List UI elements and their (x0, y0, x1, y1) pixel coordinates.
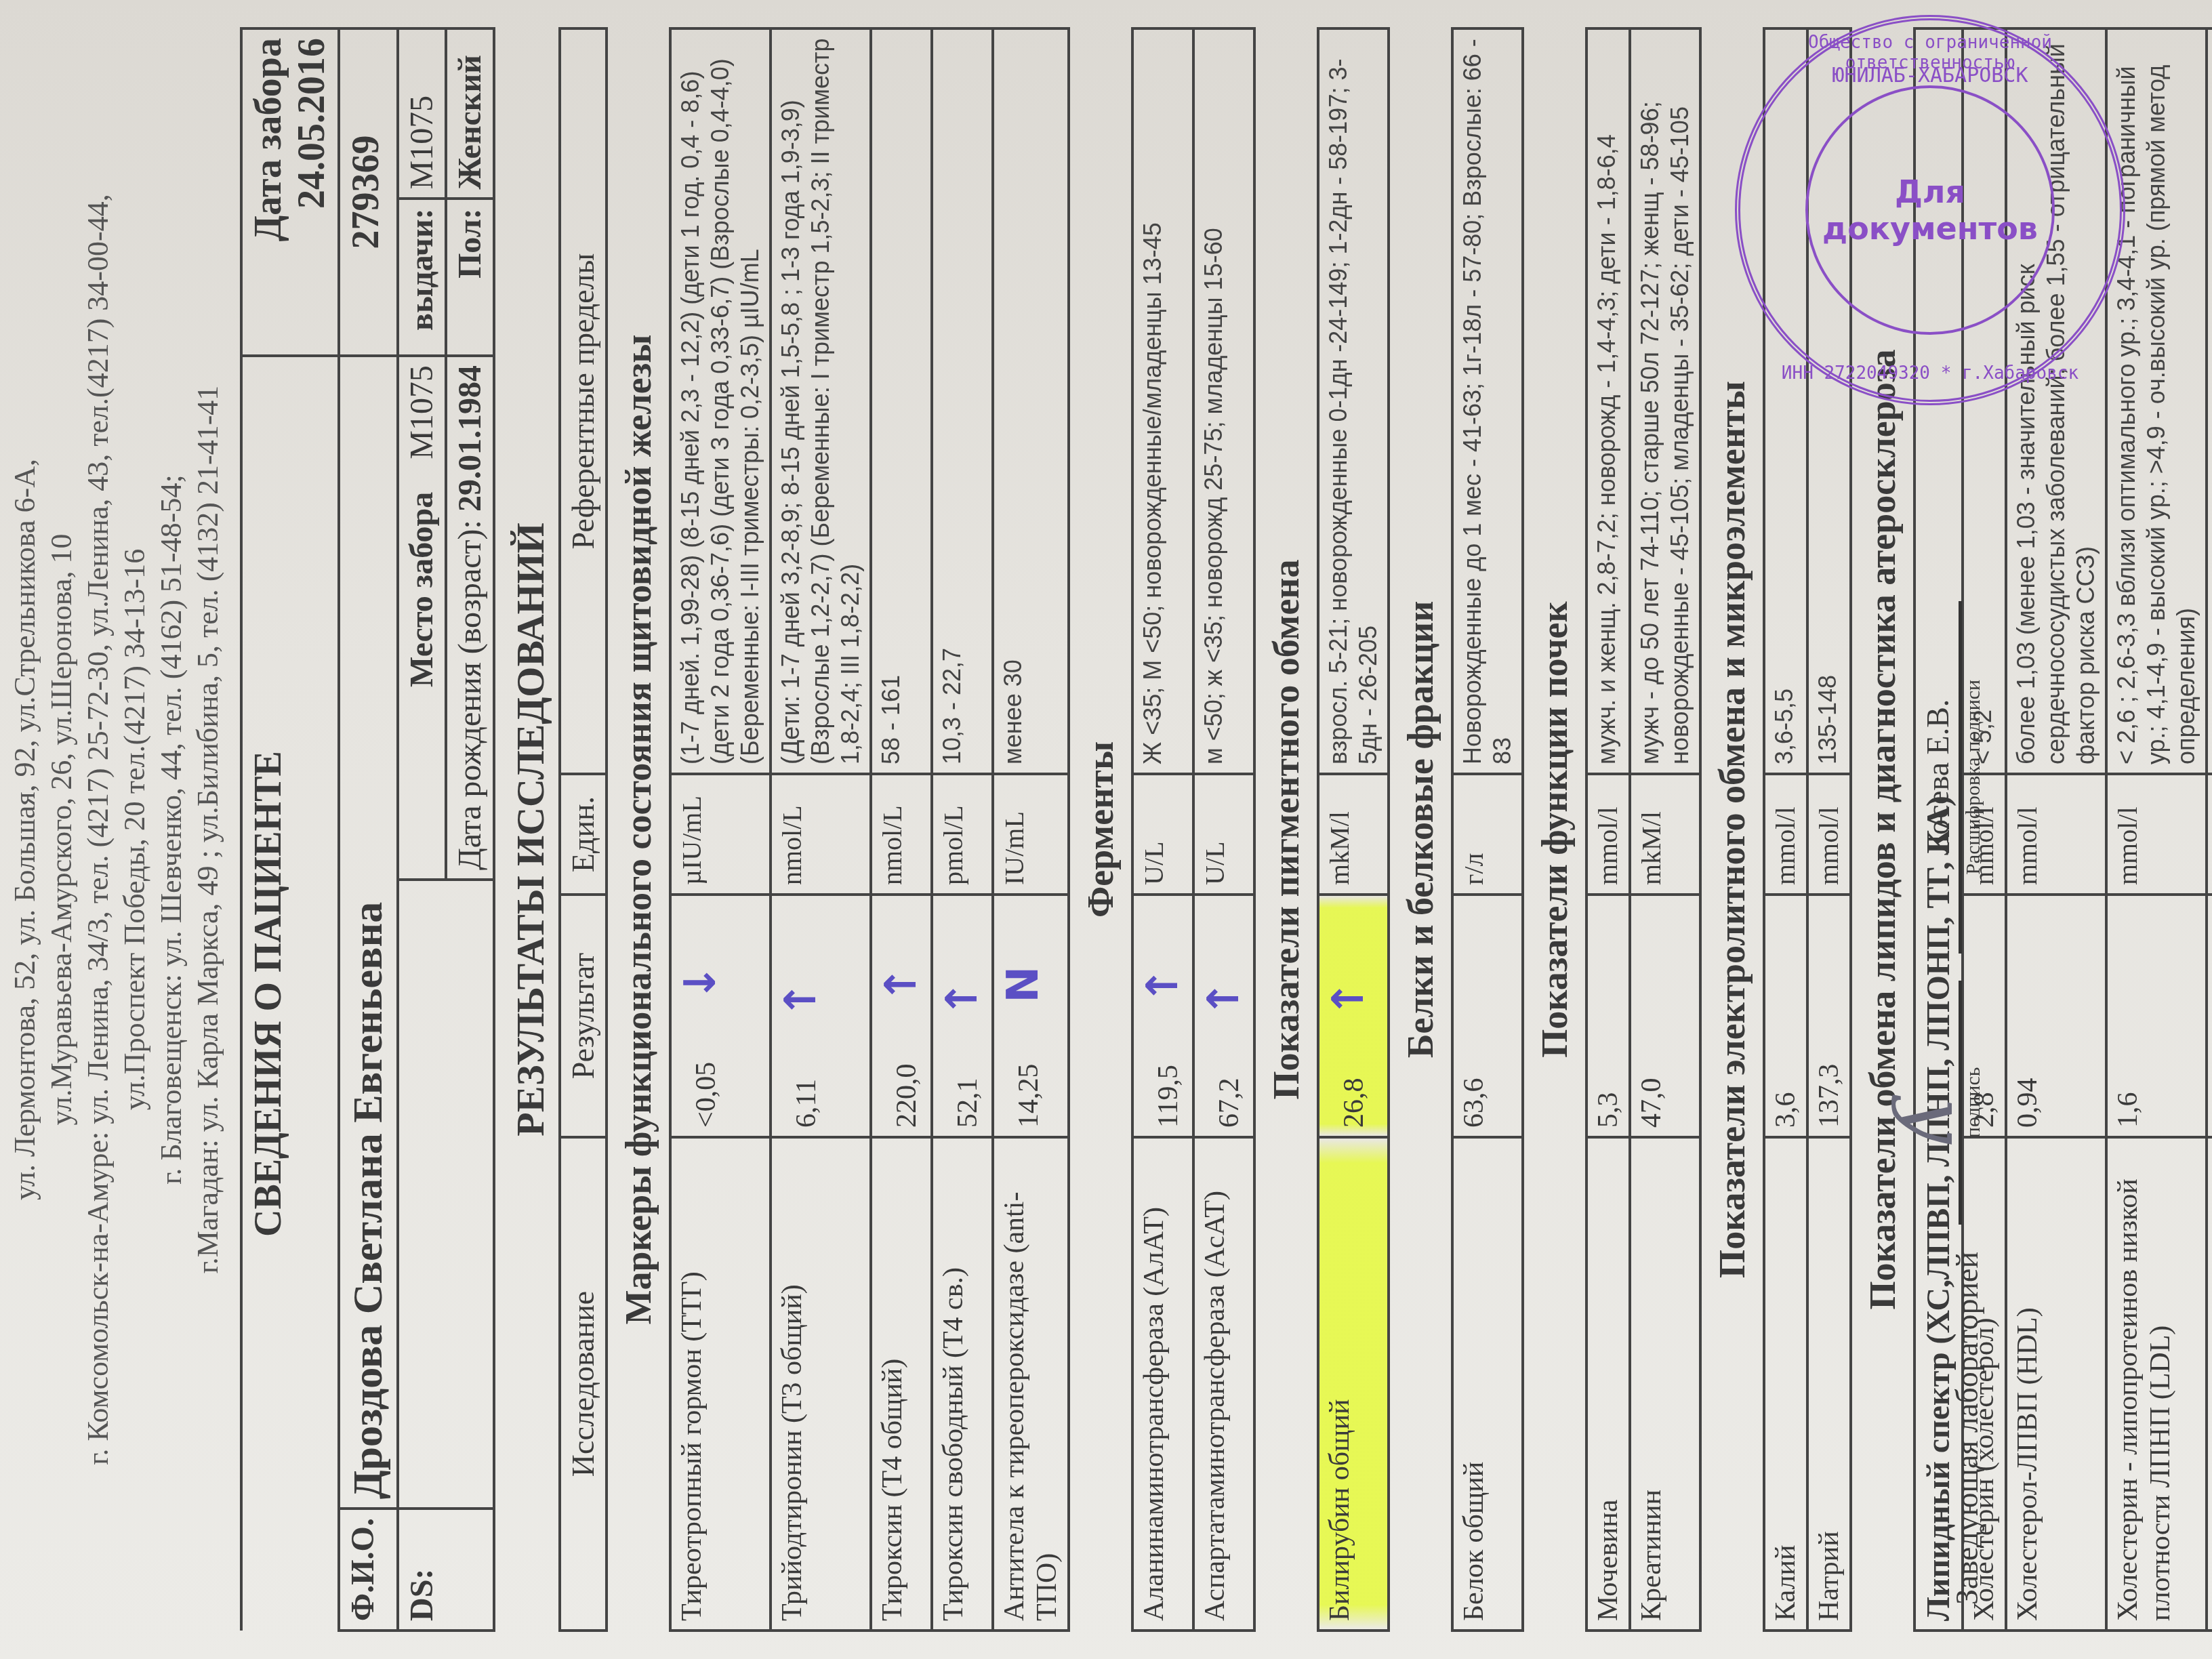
test-unit: mkM/l (1318, 774, 1389, 895)
sex-value: Женский (446, 28, 494, 199)
test-reference-range: мужч - до 50 лет 74-110; старше 50л 72-1… (1630, 28, 1700, 774)
test-unit: mkM/l (1630, 774, 1700, 895)
test-unit: nmol/L (771, 774, 871, 895)
test-reference-range: м <50; ж <35; новорожд 25-75; младенцы 1… (1193, 28, 1254, 774)
ds-label: DS: (398, 1509, 494, 1631)
result-row: Антитела к тиреопероксидазе (anti-ТПО)14… (993, 28, 1069, 1631)
test-reference-range: 10,3 - 22,7 (932, 28, 993, 774)
result-row: Тиреотропный гормон (ТТГ)<0,05↓µIU/mL(1-… (670, 28, 771, 1631)
test-name: Белок общий (1452, 1137, 1523, 1631)
result-row: Креатинин47,0mkM/lмужч - до 50 лет 74-11… (1630, 28, 1700, 1631)
address-line: ул.Проспект Победы, 20 тел.(4217) 34-13-… (117, 27, 153, 1632)
test-unit: µIU/mL (670, 774, 771, 895)
test-result: 0,94 (2006, 895, 2106, 1137)
test-name: Натрий (1807, 1137, 1851, 1631)
test-unit: mmol/l (2106, 774, 2207, 895)
test-reference-range: мужч. и женщ. 2,8-7,2; новорожд - 1,4-4,… (1586, 28, 1630, 774)
address-line: г. Благовещенск: ул. Шевченко, 44, тел. … (153, 27, 190, 1632)
arrow-up-pen-mark-icon: ↑ (876, 966, 926, 1003)
test-reference-range: взросл. 5-21; новорожденные 0-1дн -24-14… (1318, 28, 1389, 774)
signer-name-caption: Расшифровка подписи (1962, 601, 1985, 954)
test-name: Мочевина (1586, 1137, 1630, 1631)
result-row: Трийодтиронин (Т3 общий)6,11↑nmol/L(Дети… (771, 28, 871, 1631)
address-line: г.Магадан: ул. Карла Маркса, 49 ; ул.Бил… (190, 27, 226, 1632)
stamp-inn: ИНН 2722049320 * г.Хабаровск (1740, 363, 2120, 384)
test-result: 0,26 (2207, 895, 2212, 1137)
section-title: Ферменты (1069, 28, 1132, 1631)
test-unit: IU/mL (993, 774, 1069, 895)
arrow-up-pen-mark-icon: ↑ (1324, 981, 1374, 1017)
test-name: Тироксин (Т4 общий) (871, 1137, 932, 1631)
collection-place: Место забора M1075 (398, 356, 446, 880)
test-result: 52,1↑ (932, 895, 993, 1137)
arrow-down-pen-mark-icon: ↓ (676, 964, 726, 1001)
test-unit: mmol/l (2006, 774, 2106, 895)
patient-section-title: СВЕДЕНИЯ О ПАЦИЕНТЕ (241, 356, 339, 1631)
test-unit: mmol/l (2207, 774, 2212, 895)
test-unit: nmol/L (871, 774, 932, 895)
lab-addresses: ул. Лермонтова, 52, ул. Большая, 92, ул.… (0, 27, 226, 1632)
arrow-up-pen-mark-icon: ↑ (1138, 967, 1188, 1004)
test-reference-range: Ж <35; М <50; новорожденные/младенцы 13-… (1132, 28, 1193, 774)
test-name: Трийодтиронин (Т3 общий) (771, 1137, 871, 1631)
fio-label: Ф.И.О. (339, 1509, 398, 1631)
column-header-reference: Референтные пределы (560, 28, 607, 774)
test-reference-range: 0,26 -1,4 ммоль/л (2207, 28, 2212, 774)
test-result: 14,25N (993, 895, 1069, 1137)
test-name: Тиреотропный гормон (ТТГ) (670, 1137, 771, 1631)
section-title: Маркеры функционального состояния щитови… (607, 28, 670, 1631)
test-unit: mmol/l (1764, 774, 1807, 895)
test-name: Калий (1764, 1137, 1807, 1631)
result-row: Мочевина5,3mmol/lмужч. и женщ. 2,8-7,2; … (1586, 28, 1630, 1631)
order-number: 279369 (339, 28, 398, 356)
result-row: Холестерол - ЛПОНП0,26mmol/l0,26 -1,4 мм… (2207, 28, 2212, 1631)
section-title: Показатели пигментного обмена (1254, 28, 1318, 1631)
test-name: Аланинаминотрансфераза (АлАТ) (1132, 1137, 1193, 1631)
test-result: 220,0↑ (871, 895, 932, 1137)
test-name: Холестерол-ЛПВП (HDL) (2006, 1137, 2106, 1631)
signature-scribble: ʎ (1877, 1097, 1971, 1143)
stamp-center: Для документов (1805, 85, 2055, 335)
test-unit: U/L (1132, 774, 1193, 895)
test-result: 26,8↑ (1318, 895, 1389, 1137)
column-header-result: Результат (560, 895, 607, 1137)
test-result: 67,2↑ (1193, 895, 1254, 1137)
sex-label: Пол: (446, 199, 494, 356)
result-row: Аланинаминотрансфераза (АлАТ)119,5↑U/LЖ … (1132, 28, 1193, 1631)
column-header-unit: Един. (560, 774, 607, 895)
test-reference-range: Новорожденные до 1 мес - 41-63; 1г-18л -… (1452, 28, 1523, 774)
signer-name: Лосева Е.В. (1918, 601, 1962, 954)
test-unit: U/L (1193, 774, 1254, 895)
arrow-up-pen-mark-icon: ↑ (1199, 981, 1249, 1017)
result-row: Белок общий63,6г/лНоворожденные до 1 мес… (1452, 28, 1523, 1631)
section-title: Показатели функции почек (1523, 28, 1586, 1631)
test-result: 47,0 (1630, 895, 1700, 1137)
test-reference-range: (1-7 дней. 1,99-28) (8-15 дней 2,3 - 12,… (670, 28, 771, 774)
address-line: ул.Муравьева-Амурского, 26, ул.Шеронова,… (43, 27, 80, 1632)
test-result: 137,3 (1807, 895, 1851, 1137)
patient-info-table: СВЕДЕНИЯ О ПАЦИЕНТЕ Дата забора 24.05.20… (240, 27, 495, 1632)
address-line: г. Комсомольск-на-Амуре: ул. Ленина, 34/… (80, 27, 117, 1632)
test-reference-range: (Дети: 1-7 дней 3,2-8,9; 8-15 дней 1,5-5… (771, 28, 871, 774)
arrow-up-pen-mark-icon: ↑ (937, 981, 987, 1017)
test-name: Креатинин (1630, 1137, 1700, 1631)
signature-line: ʎ (1918, 981, 1962, 1225)
test-result: 5,3 (1586, 895, 1630, 1137)
result-row: Тироксин свободный (Т4 св.)52,1↑pmol/L10… (932, 28, 993, 1631)
test-name: Холестерин - липопротеинов низкой плотно… (2106, 1137, 2207, 1631)
test-unit: г/л (1452, 774, 1523, 895)
diagnosis-field (398, 880, 494, 1509)
test-name: Антитела к тиреопероксидазе (anti-ТПО) (993, 1137, 1069, 1631)
results-title: РЕЗУЛЬТАТЫ ИССЛЕДОВАНИЙ (495, 28, 560, 1631)
patient-name: Дроздова Светлана Евгеньевна (339, 356, 398, 1509)
lab-report-sheet: ул. Лермонтова, 52, ул. Большая, 92, ул.… (0, 0, 2212, 1659)
result-row: Аспартатаминотрансфераза (АсАТ)67,2↑U/Lм… (1193, 28, 1254, 1631)
stamp-org: ЮНИЛАБ-ХАБАРОВСК (1740, 64, 2120, 87)
address-line: ул. Лермонтова, 52, ул. Большая, 92, ул.… (7, 27, 43, 1632)
issue-place: M1075 (398, 28, 446, 199)
test-result: 1,6 (2106, 895, 2207, 1137)
signer-position: Заведующая лабораторией (1949, 1252, 1985, 1605)
issue-place-label: выдачи: (398, 199, 446, 356)
test-reference-range: < 2,6 ; 2,6-3,3 вблизи оптимального ур.;… (2106, 28, 2207, 774)
column-header-test: Исследование (560, 1137, 607, 1631)
test-unit: pmol/L (932, 774, 993, 895)
test-reference-range: 58 - 161 (871, 28, 932, 774)
normal-pen-mark-icon: N (998, 966, 1048, 1003)
test-name: Билирубин общий (1318, 1137, 1389, 1631)
arrow-up-pen-mark-icon: ↑ (776, 981, 826, 1018)
test-unit: mmol/l (1586, 774, 1630, 895)
result-row: Холестерин - липопротеинов низкой плотно… (2106, 28, 2207, 1631)
test-name: Холестерол - ЛПОНП (2207, 1137, 2212, 1631)
result-row: Билирубин общий26,8↑mkM/lвзросл. 5-21; н… (1318, 28, 1389, 1631)
test-name: Аспартатаминотрансфераза (АсАТ) (1193, 1137, 1254, 1631)
test-reference-range: менее 30 (993, 28, 1069, 774)
test-result: <0,05↓ (670, 895, 771, 1137)
collection-date: Дата забора 24.05.2016 (241, 28, 339, 356)
test-result: 63,6 (1452, 895, 1523, 1137)
test-unit: mmol/l (1807, 774, 1851, 895)
test-result: 6,11↑ (771, 895, 871, 1137)
test-result: 3,6 (1764, 895, 1807, 1137)
test-result: 119,5↑ (1132, 895, 1193, 1137)
section-title: Белки и белковые фракции (1389, 28, 1452, 1631)
result-row: Тироксин (Т4 общий)220,0↑nmol/L58 - 161 (871, 28, 932, 1631)
lab-stamp: Общество с ограниченной ответственностью… (1735, 15, 2125, 405)
test-name: Тироксин свободный (Т4 св.) (932, 1137, 993, 1631)
birth-date: Дата рождения (возраст): 29.01.1984 (446, 356, 494, 880)
